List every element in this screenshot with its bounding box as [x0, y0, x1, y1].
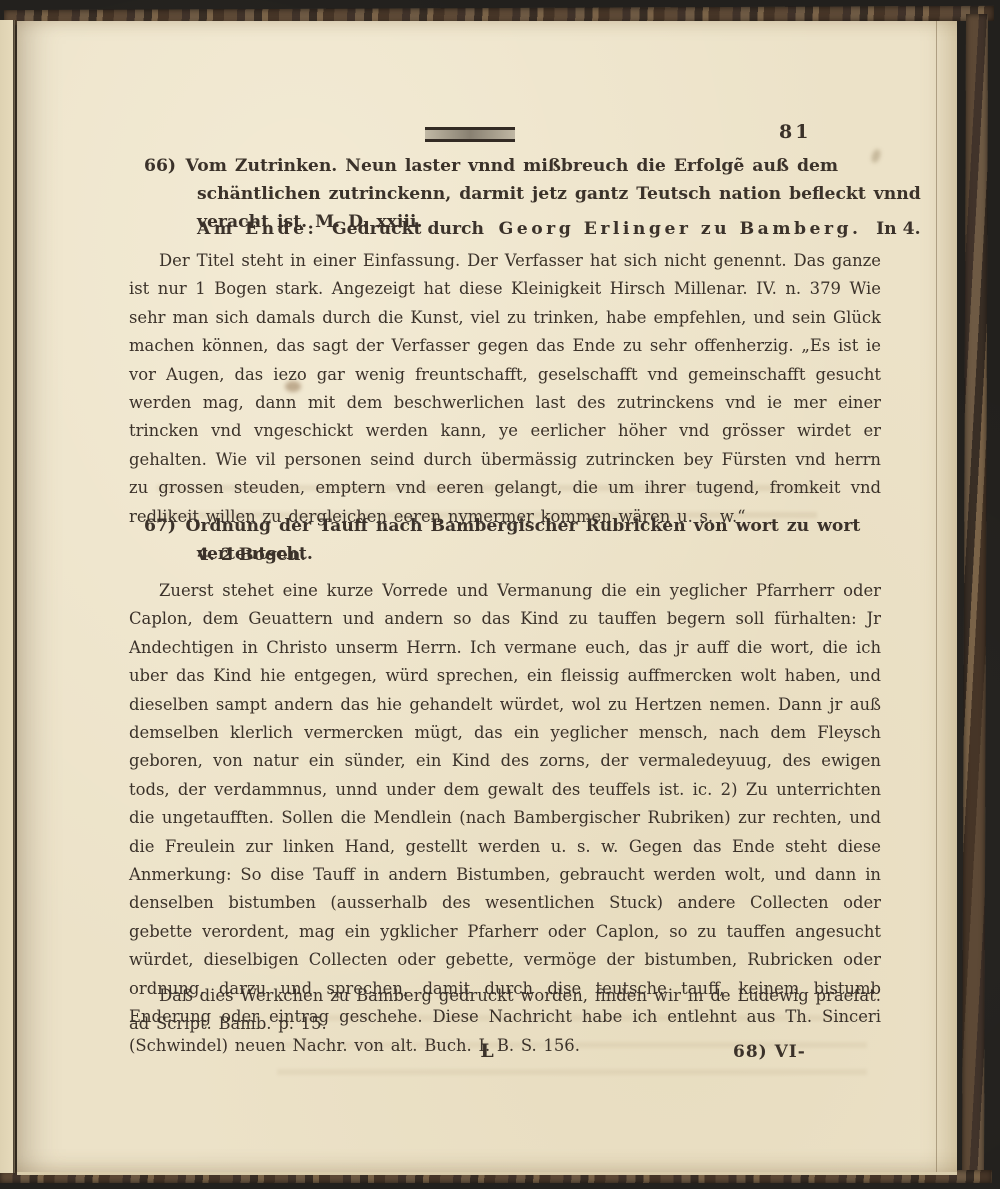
entry-66-description: Der Titel steht in einer Einfassung. Der…: [129, 247, 881, 531]
book-page: 81 66)Vom Zutrinken. Neun laster vnnd mi…: [17, 21, 957, 1175]
entry-66-number: 66): [144, 156, 176, 176]
header-rule-ornament: [425, 127, 515, 142]
page-number: 81: [779, 121, 839, 143]
entry-67-format: 4. 2 Bogen.: [129, 541, 949, 569]
colophon-mid: Gedruckt durch: [332, 219, 484, 239]
signature-mark: L: [447, 1040, 527, 1062]
printer-name: Georg Erlinger zu Bamberg.: [499, 219, 862, 239]
book-cover-edge-right: [962, 14, 988, 1177]
entry-66-colophon: Am Ende: Gedruckt durch Georg Erlinger z…: [129, 215, 949, 243]
entry-67-number: 67): [144, 516, 176, 536]
format-note: In 4.: [876, 219, 920, 239]
entry-67-imprint-note: Daß dies Werkchen zu Bamberg gedruckt wo…: [129, 982, 881, 1039]
catchword: 68) VI-: [733, 1042, 806, 1062]
book-scan: 81 66)Vom Zutrinken. Neun laster vnnd mi…: [0, 0, 1000, 1189]
colophon-label: Am Ende:: [197, 219, 317, 239]
